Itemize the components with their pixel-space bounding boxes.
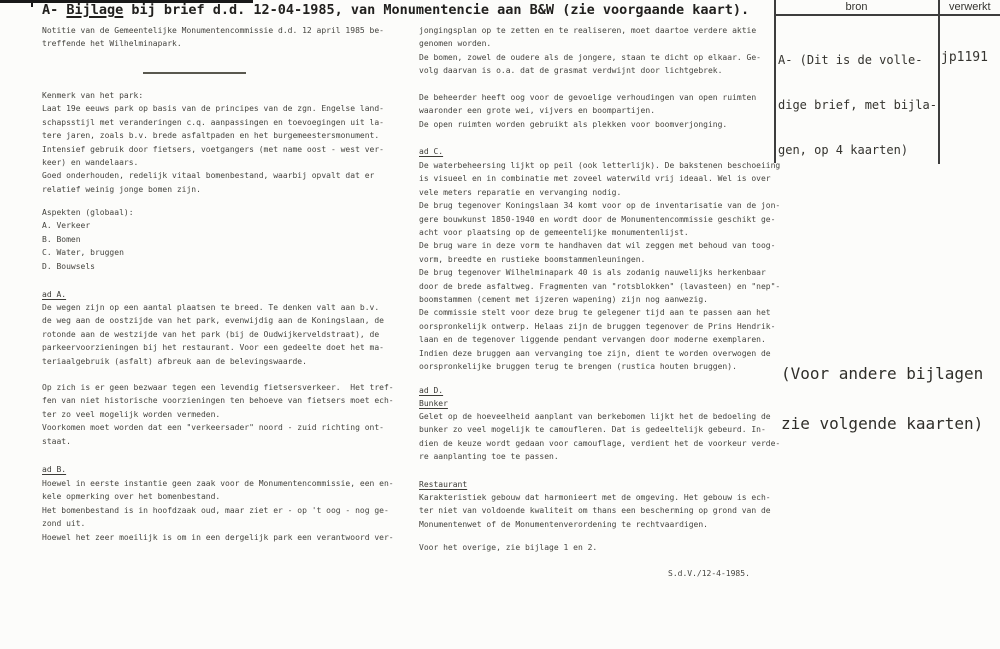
text-line: zie volgende kaarten): [781, 416, 983, 433]
text-line: zond uit.: [42, 517, 414, 530]
text-line: vorm, breedte en rustieke boomstammenleu…: [419, 253, 801, 266]
section-heading: ad C.: [419, 145, 801, 158]
text-line: ad A.: [42, 288, 414, 301]
text-column-left: Notitie van de Gemeentelijke Monumentenc…: [42, 0, 414, 649]
section-heading: ad A.: [42, 288, 414, 301]
text-line: fen van niet historische voorzieningen t…: [42, 394, 414, 407]
text-line: tere jaren, zoals b.v. brede asfaltpaden…: [42, 129, 414, 142]
text-line: treffende het Wilhelminapark.: [42, 37, 414, 50]
text-line: teriaalgebruik (asfalt) afbreuk aan de b…: [42, 355, 414, 368]
text-line: Hoewel het zeer moeilijk is om in een de…: [42, 531, 414, 544]
text-line: de weg aan de oostzijde van het park, ev…: [42, 314, 414, 327]
text-line: is visueel en in combinatie met zoveel w…: [419, 172, 801, 185]
text-line: ad D.: [419, 384, 801, 397]
paragraph: Op zich is er geen bezwaar tegen een lev…: [42, 381, 414, 448]
text-line: Gelet op de hoeveelheid aanplant van ber…: [419, 410, 801, 423]
table-header-rule: [774, 14, 1000, 16]
text-line: Goed onderhouden, redelijk vitaal bomenb…: [42, 169, 414, 182]
text-line: kele opmerking over het bomenbestand.: [42, 490, 414, 503]
section-heading: Restaurant: [419, 478, 801, 491]
text-line: dige brief, met bijla-: [778, 98, 937, 113]
paragraph: Voor het overige, zie bijlage 1 en 2.: [419, 541, 801, 554]
verwerkt-cell-value: jp1191: [941, 50, 988, 65]
text-line: laan en de tegenover liggende pendant ve…: [419, 333, 801, 346]
text-line: C. Water, bruggen: [42, 246, 414, 259]
text-line: De open ruimten worden gebruikt als plek…: [419, 118, 801, 131]
text-line: De bomen, zowel de oudere als de jongere…: [419, 51, 801, 64]
text-line: Voorkomen moet worden dat een "verkeersa…: [42, 421, 414, 434]
paragraph: Kenmerk van het park:Laat 19e eeuws park…: [42, 89, 414, 196]
bron-header-label: bron: [775, 1, 938, 13]
text-line: Laat 19e eeuws park op basis van de prin…: [42, 102, 414, 115]
text-line: gen, op 4 kaarten): [778, 143, 937, 158]
text-line: bunker zo veel mogelijk te camoufleren. …: [419, 423, 801, 436]
text-line: staat.: [42, 435, 414, 448]
text-line: Hoewel in eerste instantie geen zaak voo…: [42, 477, 414, 490]
text-line: A. Verkeer: [42, 219, 414, 232]
text-line: De waterbeheersing lijkt op peil (ook le…: [419, 159, 801, 172]
text-line: oorspronkelijk ontwerp. Helaas zijn de b…: [419, 320, 801, 333]
document-page: A- Bijlage bij brief d.d. 12-04-1985, va…: [0, 0, 1000, 649]
text-line: gere bouwkunst 1850-1940 en wordt door d…: [419, 213, 801, 226]
text-line: De commissie stelt voor deze brug te gel…: [419, 306, 801, 319]
text-line: Notitie van de Gemeentelijke Monumentenc…: [42, 24, 414, 37]
text-line: Op zich is er geen bezwaar tegen een lev…: [42, 381, 414, 394]
section-heading: Bunker: [419, 397, 801, 410]
paragraph: Hoewel in eerste instantie geen zaak voo…: [42, 477, 414, 544]
text-line: waaronder een grote wei, vijvers en boom…: [419, 104, 801, 117]
text-line: oorspronkelijke bruggen terug te brengen…: [419, 360, 801, 373]
text-line: vele meters reparatie en vervanging nodi…: [419, 186, 801, 199]
text-line: (Voor andere bijlagen: [781, 366, 983, 383]
text-line: re aanplanting toe te passen.: [419, 450, 801, 463]
text-line: De brug ware in deze vorm te handhaven d…: [419, 239, 801, 252]
text-line: keer) en wandelaars.: [42, 156, 414, 169]
text-line: relatief weinig jonge bomen zijn.: [42, 183, 414, 196]
text-line: Voor het overige, zie bijlage 1 en 2.: [419, 541, 801, 554]
text-line: ad B.: [42, 463, 414, 476]
paragraph: Aspekten (globaal):A. VerkeerB. BomenC. …: [42, 206, 414, 273]
text-line: ter niet van voldoende kwaliteit om than…: [419, 504, 801, 517]
text-line: acht voor plaatsing op de gemeentelijke …: [419, 226, 801, 239]
text-line: volg daarvan is o.a. dat de grasmat verd…: [419, 64, 801, 77]
text-line: B. Bomen: [42, 233, 414, 246]
text-line: boomstammen (cement met ijzeren wapening…: [419, 293, 801, 306]
text-line: ter zo veel mogelijk worden vermeden.: [42, 408, 414, 421]
text-line: Bunker: [419, 397, 801, 410]
text-column-right: jongingsplan op te zetten en te realiser…: [419, 0, 801, 649]
text-line: Intensief gebruik door fietsers, voetgan…: [42, 143, 414, 156]
text-line: Aspekten (globaal):: [42, 206, 414, 219]
divider-rule: [143, 72, 246, 74]
text-line: A- (Dit is de volle-: [778, 53, 937, 68]
bron-cell-text: A- (Dit is de volle- dige brief, met bij…: [778, 23, 937, 188]
paragraph: De beheerder heeft oog voor de gevoelige…: [419, 91, 801, 131]
text-line: rotonde aan de westzijde van het park (b…: [42, 328, 414, 341]
section-heading: ad B.: [42, 463, 414, 476]
table-left-border: [774, 0, 776, 163]
text-line: Kenmerk van het park:: [42, 89, 414, 102]
paragraph: Gelet op de hoeveelheid aanplant van ber…: [419, 410, 801, 464]
text-line: De brug tegenover Wilhelminapark 40 is a…: [419, 266, 801, 279]
text-line: Restaurant: [419, 478, 801, 491]
text-line: Indien deze bruggen aan vervanging toe z…: [419, 347, 801, 360]
text-line: dien de keuze wordt gedaan voor camoufla…: [419, 437, 801, 450]
text-line: De wegen zijn op een aantal plaatsen te …: [42, 301, 414, 314]
paragraph: jongingsplan op te zetten en te realiser…: [419, 24, 801, 78]
signature-text: S.d.V./12-4-1985.: [668, 569, 750, 578]
other-attachments-note: (Voor andere bijlagen zie volgende kaart…: [781, 333, 983, 465]
text-line: ad C.: [419, 145, 801, 158]
scan-edge-tick: [31, 3, 33, 7]
table-column-divider: [938, 0, 940, 164]
text-line: De brug tegenover Koningslaan 34 komt vo…: [419, 199, 801, 212]
verwerkt-header-label: verwerkt: [949, 1, 991, 13]
text-line: Het bomenbestand is in hoofdzaak oud, ma…: [42, 504, 414, 517]
text-line: D. Bouwsels: [42, 260, 414, 273]
text-line: schapsstijl met veranderingen c.q. aanpa…: [42, 116, 414, 129]
text-line: genomen worden.: [419, 37, 801, 50]
section-heading: ad D.: [419, 384, 801, 397]
text-line: Karakteristiek gebouw dat harmonieert me…: [419, 491, 801, 504]
text-line: parkeervoorzieningen bij het restaurant.…: [42, 341, 414, 354]
text-line: Monumentenwet of de Monumentenverordenin…: [419, 518, 801, 531]
text-line: door de brede asfaltweg. Fragmenten van …: [419, 280, 801, 293]
text-line: jongingsplan op te zetten en te realiser…: [419, 24, 801, 37]
paragraph: De wegen zijn op een aantal plaatsen te …: [42, 301, 414, 368]
paragraph: Karakteristiek gebouw dat harmonieert me…: [419, 491, 801, 531]
paragraph: De waterbeheersing lijkt op peil (ook le…: [419, 159, 801, 374]
text-line: De beheerder heeft oog voor de gevoelige…: [419, 91, 801, 104]
paragraph: Notitie van de Gemeentelijke Monumentenc…: [42, 24, 414, 51]
